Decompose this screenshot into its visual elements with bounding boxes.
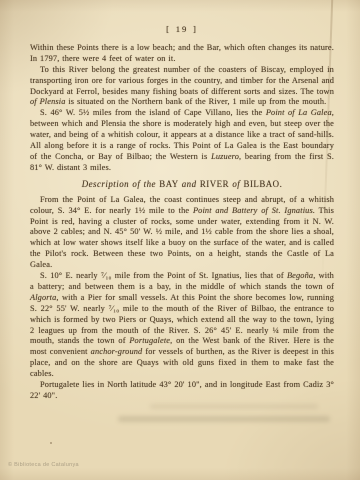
text-segment: is situated on the Northern bank of the … xyxy=(66,97,327,106)
paragraph-latitude: Portugalete lies in North latitude 43° 2… xyxy=(30,380,334,402)
show-through-smudge xyxy=(118,416,330,422)
text-segment: RIVER xyxy=(200,179,232,189)
text-segment: Begoña xyxy=(287,271,313,280)
book-page-scan: [ 19 ] Within these Points there is a lo… xyxy=(0,0,360,480)
text-segment: and xyxy=(182,179,200,189)
text-segment: Point of La Galea xyxy=(266,108,332,117)
text-segment: Point and Battery of St. Ignatius. xyxy=(193,206,315,215)
text-segment: Description of the xyxy=(82,179,160,189)
text-segment: of Plensia xyxy=(30,97,66,106)
paragraph-point-la-galea: S. 46° W. 5½ miles from the island of Ca… xyxy=(30,108,334,173)
paper-speck xyxy=(50,442,52,444)
text-segment: Within these Points there is a low beach… xyxy=(30,43,334,63)
text-segment: Algorta xyxy=(30,293,56,302)
text-segment: BAY xyxy=(159,179,181,189)
page-number: [ 19 ] xyxy=(30,24,334,35)
text-segment: To this River belong the greatest number… xyxy=(30,65,334,96)
text-segment: S. 10° E. nearly ⁷⁄₁₀ mile from the Poin… xyxy=(40,271,287,280)
paragraph-bar: Within these Points there is a low beach… xyxy=(30,43,334,65)
paragraph-st-ignatius: From the Point of La Galea, the coast co… xyxy=(30,195,334,271)
text-segment: anchor-ground xyxy=(91,347,143,356)
library-watermark: © Biblioteca de Catalunya xyxy=(8,462,79,468)
text-segment: BILBAO. xyxy=(244,179,283,189)
show-through-smudge xyxy=(150,404,318,409)
paragraph-begona-portugalete: S. 10° E. nearly ⁷⁄₁₀ mile from the Poin… xyxy=(30,271,334,380)
page-text-block: [ 19 ] Within these Points there is a lo… xyxy=(30,24,334,402)
text-segment: Portugalete xyxy=(129,336,170,345)
paragraph-river-coasters: To this River belong the greatest number… xyxy=(30,65,334,109)
text-segment: S. 46° W. 5½ miles from the island of Ca… xyxy=(40,108,266,117)
text-segment: Portugalete lies in North latitude 43° 2… xyxy=(30,380,334,400)
text-segment: of xyxy=(232,179,243,189)
text-segment: This Point is red, having a cluster of r… xyxy=(30,206,334,270)
text-segment: Luzuero xyxy=(211,152,239,161)
section-heading: Description of the BAY and RIVER of BILB… xyxy=(30,179,334,190)
